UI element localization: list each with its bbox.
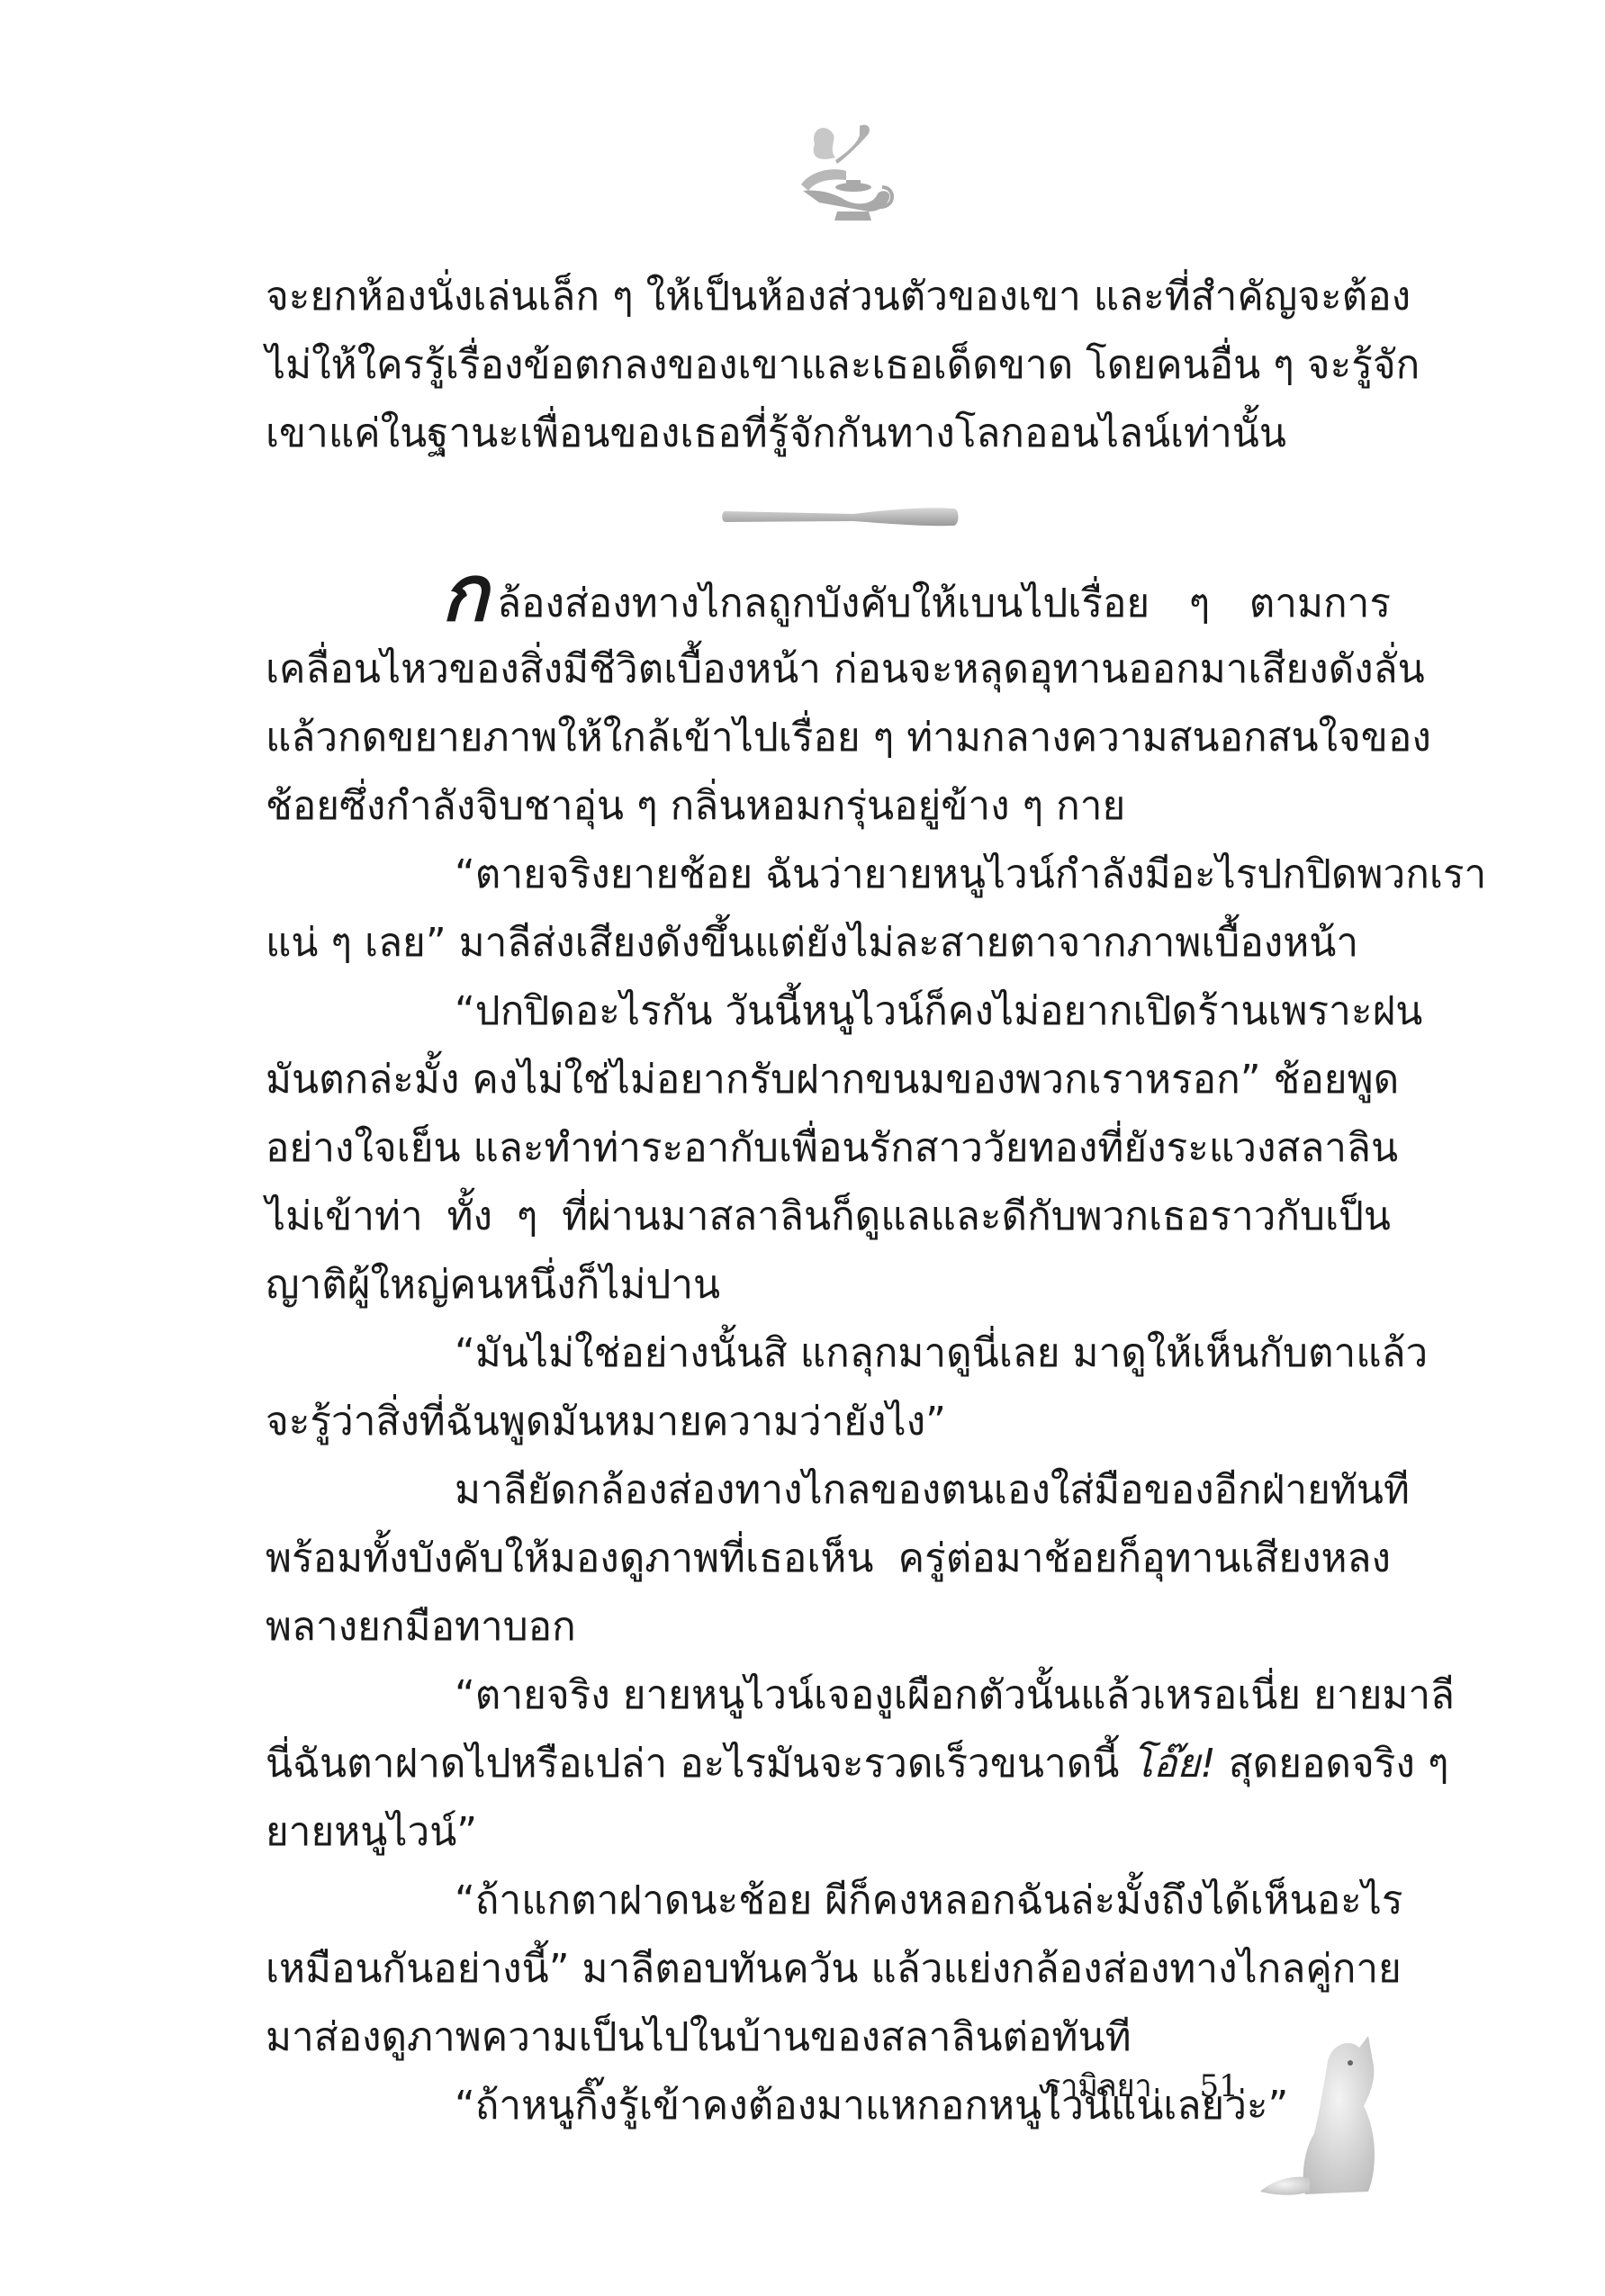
- text-line: จะรู้ว่าสิ่งที่ฉันพูดมันหมายความว่ายังไง…: [266, 1388, 1391, 1456]
- italic-exclamation: โอ๊ย!: [1132, 1741, 1215, 1787]
- author-name: รามิลยา: [1044, 2068, 1152, 2104]
- text-line-first: กล้องส่องทางไกลถูกบังคับให้เบนไปเรื่อย ๆ…: [266, 567, 1391, 635]
- dialogue-line: “ตายจริงยายช้อย ฉันว่ายายหนูไวน์กำลังมีอ…: [266, 841, 1391, 909]
- text-line: ญาติผู้ใหญ่คนหนึ่งก็ไม่ปาน: [266, 1251, 1391, 1319]
- text-line: เหมือนกันอย่างนี้” มาลีตอบทันควัน แล้วแย…: [266, 1935, 1391, 2003]
- text-line: แน่ ๆ เลย” มาลีส่งเสียงดังขึ้นแต่ยังไม่ล…: [266, 909, 1391, 977]
- text-line: ไม่ให้ใครรู้เรื่องข้อตกลงของเขาและเธอเด็…: [266, 331, 1391, 400]
- first-line-text: ล้องส่องทางไกลถูกบังคับให้เบนไปเรื่อย ๆ …: [497, 581, 1391, 626]
- opening-paragraph: จะยกห้องนั่งเล่นเล็ก ๆ ให้เป็นห้องส่วนตั…: [266, 263, 1391, 468]
- text-line: เคลื่อนไหวของสิ่งมีชีวิตเบื้องหน้า ก่อนจ…: [266, 635, 1391, 704]
- text-line: มาลียัดกล้องส่องทางไกลของตนเองใส่มือของอ…: [266, 1456, 1391, 1525]
- book-page: จะยกห้องนั่งเล่นเล็ก ๆ ให้เป็นห้องส่วนตั…: [0, 0, 1605, 2296]
- text-line: ช้อยซึ่งกำลังจิบชาอุ่น ๆ กลิ่นหอมกรุ่นอย…: [266, 772, 1391, 841]
- text-line: เขาแค่ในฐานะเพื่อนของเธอที่รู้จักกันทางโ…: [266, 400, 1391, 468]
- drop-cap: ก: [441, 567, 488, 621]
- page-number: 51: [1199, 2068, 1238, 2104]
- dialogue-line: “ถ้าแกตาฝาดนะช้อย ผีก็คงหลอกฉันล่ะมั้งถึ…: [266, 1867, 1391, 1935]
- text-line: แล้วกดขยายภาพให้ใกล้เข้าไปเรื่อย ๆ ท่ามก…: [266, 704, 1391, 772]
- genie-lamp-icon: [783, 108, 900, 230]
- kitten-icon: [1242, 2025, 1386, 2205]
- text-line: อย่างใจเย็น และทำท่าระอากับเพื่อนรักสาวว…: [266, 1114, 1391, 1183]
- text-line: พลางยกมือทาบอก: [266, 1593, 1391, 1661]
- main-narrative: กล้องส่องทางไกลถูกบังคับให้เบนไปเรื่อย ๆ…: [266, 567, 1391, 2140]
- dialogue-line: “ตายจริง ยายหนูไวน์เจองูเผือกตัวนั้นแล้ว…: [266, 1661, 1391, 1730]
- page-footer: รามิลยา 51: [1044, 2061, 1239, 2110]
- baseball-bat-icon: [718, 504, 961, 531]
- text-line: พร้อมทั้งบังคับให้มองดูภาพที่เธอเห็น ครู…: [266, 1525, 1391, 1593]
- text-line: ไม่เข้าท่า ทั้ง ๆ ที่ผ่านมาสลาลินก็ดูแลแ…: [266, 1183, 1391, 1251]
- text-line: ยายหนูไวน์”: [266, 1798, 1391, 1867]
- text-line: จะยกห้องนั่งเล่นเล็ก ๆ ให้เป็นห้องส่วนตั…: [266, 263, 1391, 331]
- dialogue-line: “มันไม่ใช่อย่างนั้นสิ แกลุกมาดูนี่เลย มา…: [266, 1319, 1391, 1388]
- dialogue-line: “ปกปิดอะไรกัน วันนี้หนูไวน์ก็คงไม่อยากเป…: [266, 977, 1391, 1046]
- text-line-with-italic: นี่ฉันตาฝาดไปหรือเปล่า อะไรมันจะรวดเร็วข…: [266, 1730, 1391, 1798]
- text-line: มันตกล่ะมั้ง คงไม่ใช่ไม่อยากรับฝากขนมของ…: [266, 1046, 1391, 1114]
